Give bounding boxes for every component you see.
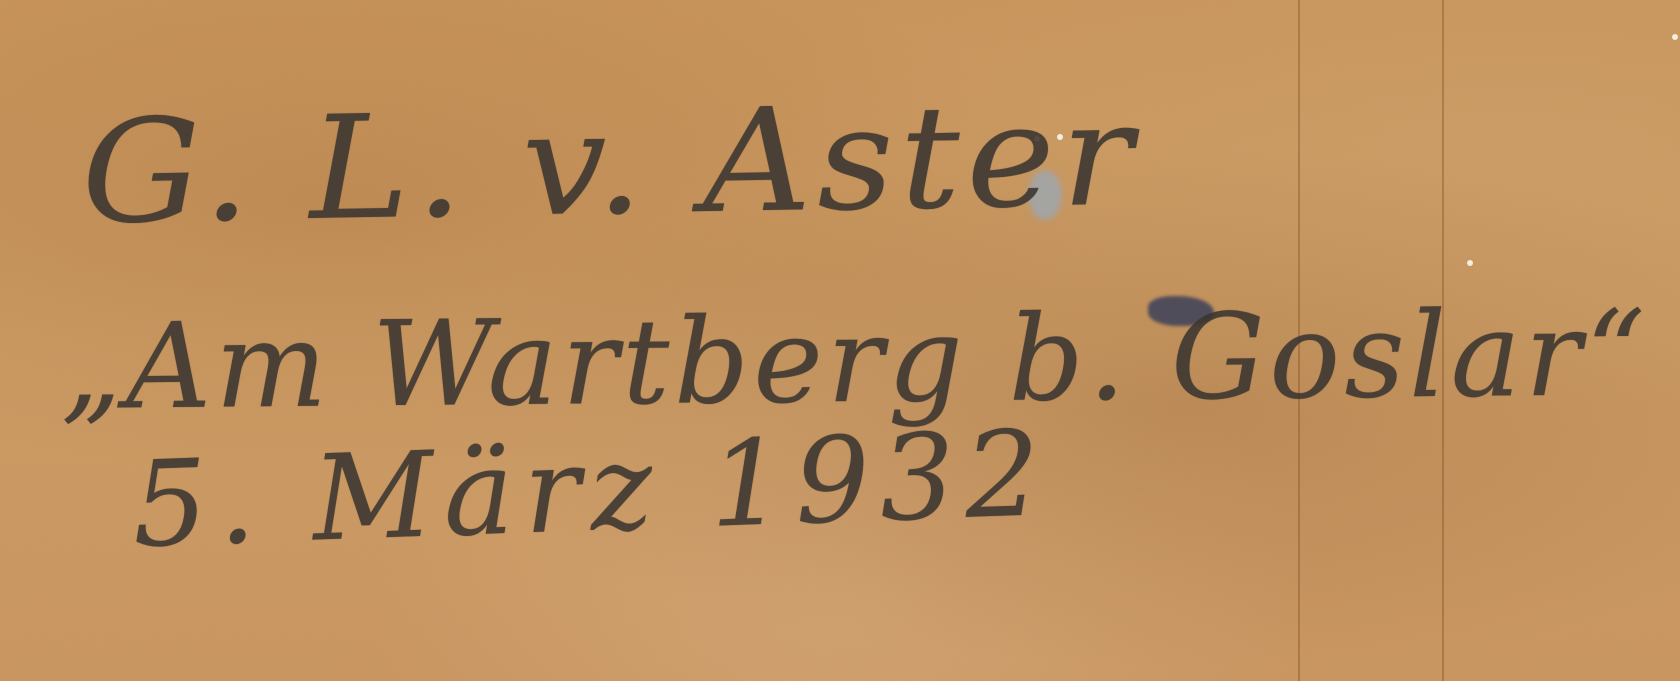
- white-speck: [1672, 34, 1678, 40]
- inscription-artist-name: G. L. v. Aster: [80, 70, 1140, 259]
- white-speck: [1467, 260, 1473, 266]
- inscription-date: 5. März 1932: [130, 398, 1052, 580]
